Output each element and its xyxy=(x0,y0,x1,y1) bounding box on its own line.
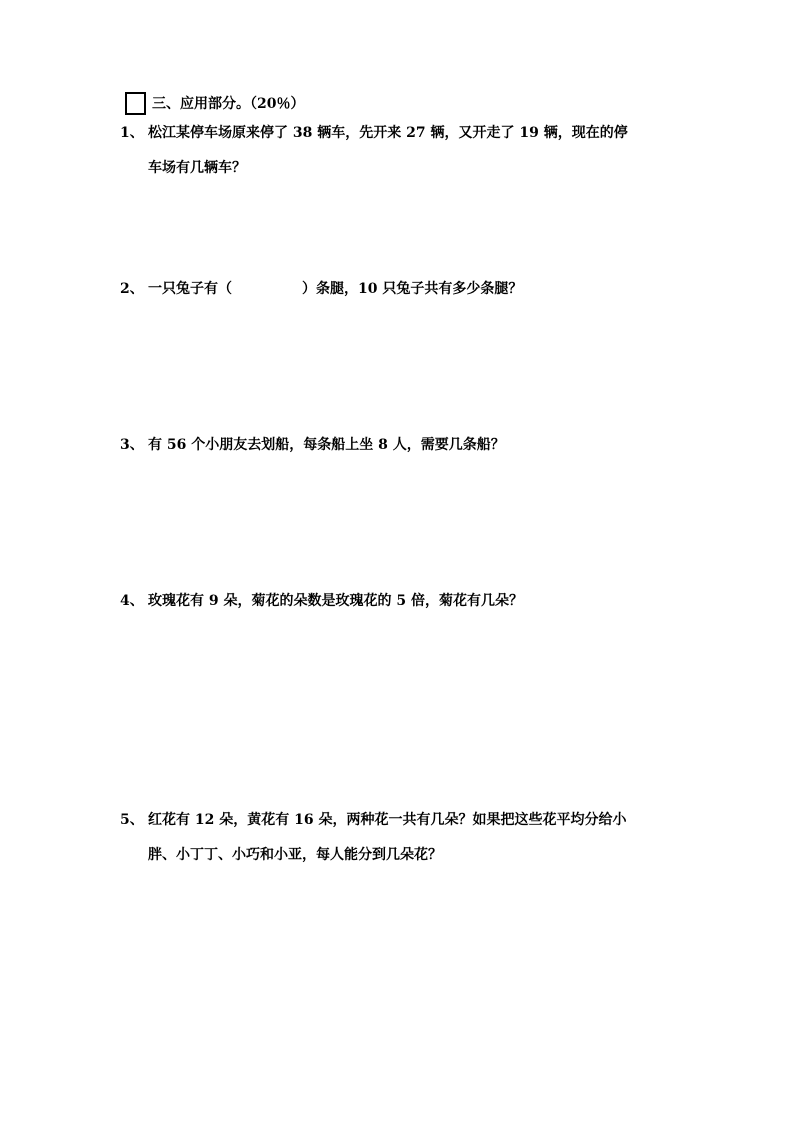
question-number: 5、 xyxy=(120,811,148,829)
question-1: 1、松江某停车场原来停了 38 辆车，先开来 27 辆，又开走了 19 辆，现在… xyxy=(120,124,628,142)
question-text: 一只兔子有（ ）条腿，10 只兔子共有多少条腿？ xyxy=(148,281,522,297)
section-title: 三、应用部分。（20％） xyxy=(152,95,304,113)
question-text: 有 56 个小朋友去划船，每条船上坐 8 人，需要几条船？ xyxy=(148,437,505,453)
question-text: 松江某停车场原来停了 38 辆车，先开来 27 辆，又开走了 19 辆，现在的停 xyxy=(148,125,628,141)
question-number: 1、 xyxy=(120,124,148,142)
question-2: 2、一只兔子有（ ）条腿，10 只兔子共有多少条腿？ xyxy=(120,280,522,298)
question-3: 3、有 56 个小朋友去划船，每条船上坐 8 人，需要几条船？ xyxy=(120,436,505,454)
question-5-continued: 胖、小丁丁、小巧和小亚，每人能分到几朵花？ xyxy=(148,846,442,864)
question-number: 3、 xyxy=(120,436,148,454)
question-4: 4、玫瑰花有 9 朵，菊花的朵数是玫瑰花的 5 倍，菊花有几朵？ xyxy=(120,592,523,610)
question-number: 4、 xyxy=(120,592,148,610)
question-text: 红花有 12 朵，黄花有 16 朵，两种花一共有几朵？如果把这些花平均分给小 xyxy=(148,812,626,828)
score-box[interactable] xyxy=(125,92,146,115)
question-text: 玫瑰花有 9 朵，菊花的朵数是玫瑰花的 5 倍，菊花有几朵？ xyxy=(148,593,523,609)
question-number: 2、 xyxy=(120,280,148,298)
question-1-continued: 车场有几辆车？ xyxy=(148,159,246,177)
question-5: 5、红花有 12 朵，黄花有 16 朵，两种花一共有几朵？如果把这些花平均分给小 xyxy=(120,811,626,829)
